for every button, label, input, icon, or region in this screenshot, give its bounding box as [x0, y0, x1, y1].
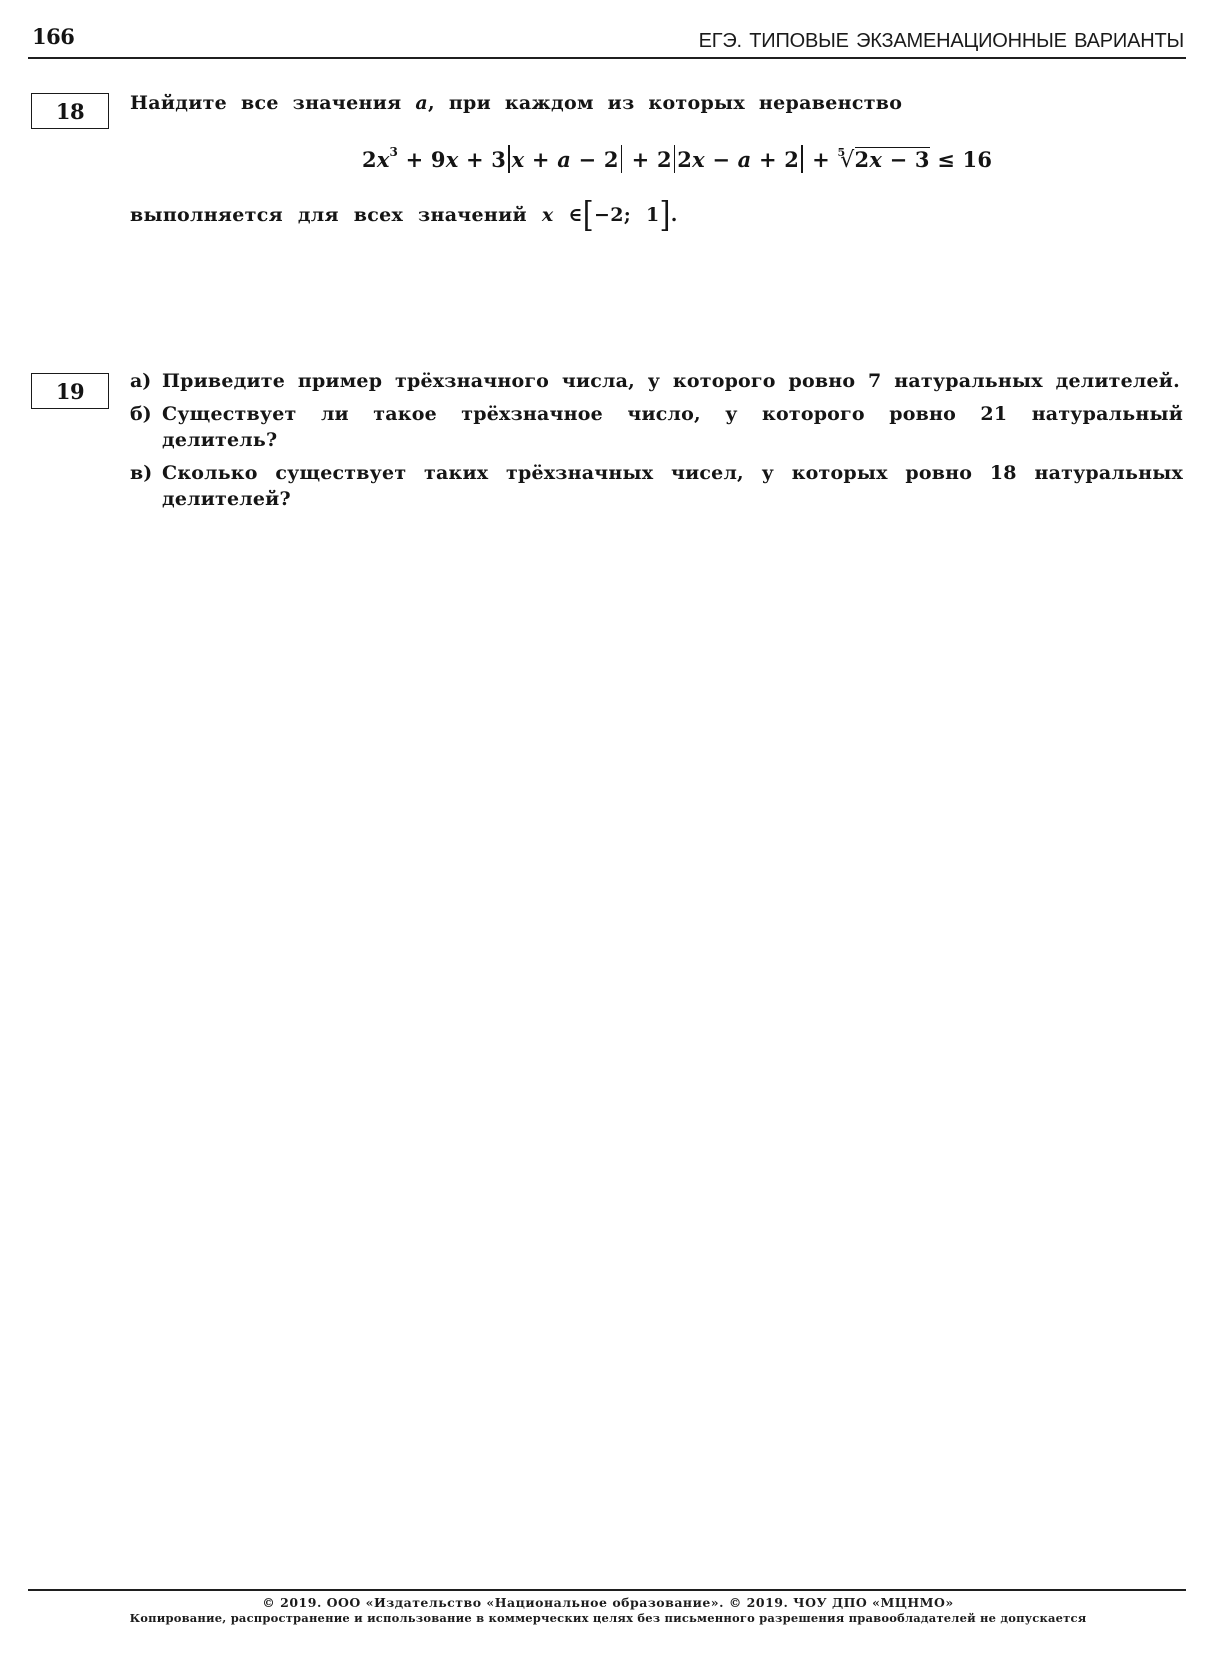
formula-exponent: 3 — [390, 145, 399, 159]
subquestion-text: Существует ли такое трёхзначное число, у… — [162, 401, 1183, 453]
formula-term: + — [524, 147, 557, 172]
formula-term: − 3 — [882, 147, 930, 172]
absolute-value-bar — [621, 145, 623, 173]
footer-divider — [28, 1589, 1186, 1591]
bracket-open-icon: [ — [583, 194, 594, 235]
formula-var: a — [738, 147, 752, 172]
absolute-value-bar — [508, 145, 510, 173]
subquestion-marker: в) — [130, 460, 162, 512]
subquestion-text: Приведите пример трёхзначного числа, у к… — [162, 368, 1183, 394]
task-number-18: 18 — [31, 93, 109, 129]
formula-var: x — [377, 147, 390, 172]
footer-notice: Копирование, распространение и использов… — [0, 1611, 1216, 1625]
formula-var: x — [869, 147, 882, 172]
root-index: 5 — [837, 146, 845, 159]
subquestion-marker: б) — [130, 401, 162, 453]
subquestion-c: в) Сколько существует таких трёхзначных … — [130, 460, 1183, 512]
formula-term: + 9 — [398, 147, 446, 172]
footer-copyright: © 2019. ООО «Издательство «Национальное … — [0, 1595, 1216, 1610]
formula-term: − 2 — [571, 147, 619, 172]
subquestion-b: б) Существует ли такое трёхзначное число… — [130, 401, 1183, 453]
formula-rhs: ≤ 16 — [930, 147, 992, 172]
formula-term: 2 — [362, 147, 377, 172]
subquestion-a: а) Приведите пример трёхзначного числа, … — [130, 368, 1183, 394]
task-18-statement: Найдите все значения a, при каждом из ко… — [130, 92, 902, 114]
formula-term: + 2 — [624, 147, 672, 172]
task-18-condition: выполняется для всех значений x ∈[−2; 1]… — [130, 198, 678, 231]
task-18-intro-tail: , при каждом из которых неравенство — [428, 92, 902, 114]
formula-term: 2 — [855, 147, 870, 172]
task-18-intro: Найдите все значения — [130, 92, 401, 114]
formula-term: + — [805, 147, 838, 172]
formula-var: a — [557, 147, 571, 172]
subquestion-text: Сколько существует таких трёхзначных чис… — [162, 460, 1183, 512]
task-18-inequality: 2x3 + 9x + 3x + a − 2 + 22x − a + 2 + 5√… — [362, 145, 992, 173]
formula-term: − — [705, 147, 738, 172]
condition-var: x — [542, 204, 554, 226]
absolute-value-bar — [674, 145, 676, 173]
formula-term: + 3 — [458, 147, 506, 172]
page-number: 166 — [32, 24, 74, 49]
formula-term: + 2 — [751, 147, 799, 172]
running-head: ЕГЭ. ТИПОВЫЕ ЭКЗАМЕНАЦИОННЫЕ ВАРИАНТЫ — [699, 30, 1184, 53]
radicand: 2x − 3 — [855, 147, 930, 171]
bracket-close-icon: ] — [659, 194, 670, 235]
task-number-19: 19 — [31, 373, 109, 409]
formula-var: x — [512, 147, 525, 172]
absolute-value-bar — [801, 145, 803, 173]
subquestion-marker: а) — [130, 368, 162, 394]
header-divider — [28, 57, 1186, 59]
formula-term: 2 — [677, 147, 692, 172]
period: . — [671, 204, 678, 226]
task-19-subquestions: а) Приведите пример трёхзначного числа, … — [130, 368, 1183, 519]
interval-values: −2; 1 — [594, 204, 660, 226]
formula-var: x — [446, 147, 459, 172]
element-of-symbol: ∈ — [553, 204, 582, 226]
formula-var: x — [692, 147, 705, 172]
task-18-variable: a — [415, 92, 428, 114]
condition-text: выполняется для всех значений — [130, 204, 527, 226]
